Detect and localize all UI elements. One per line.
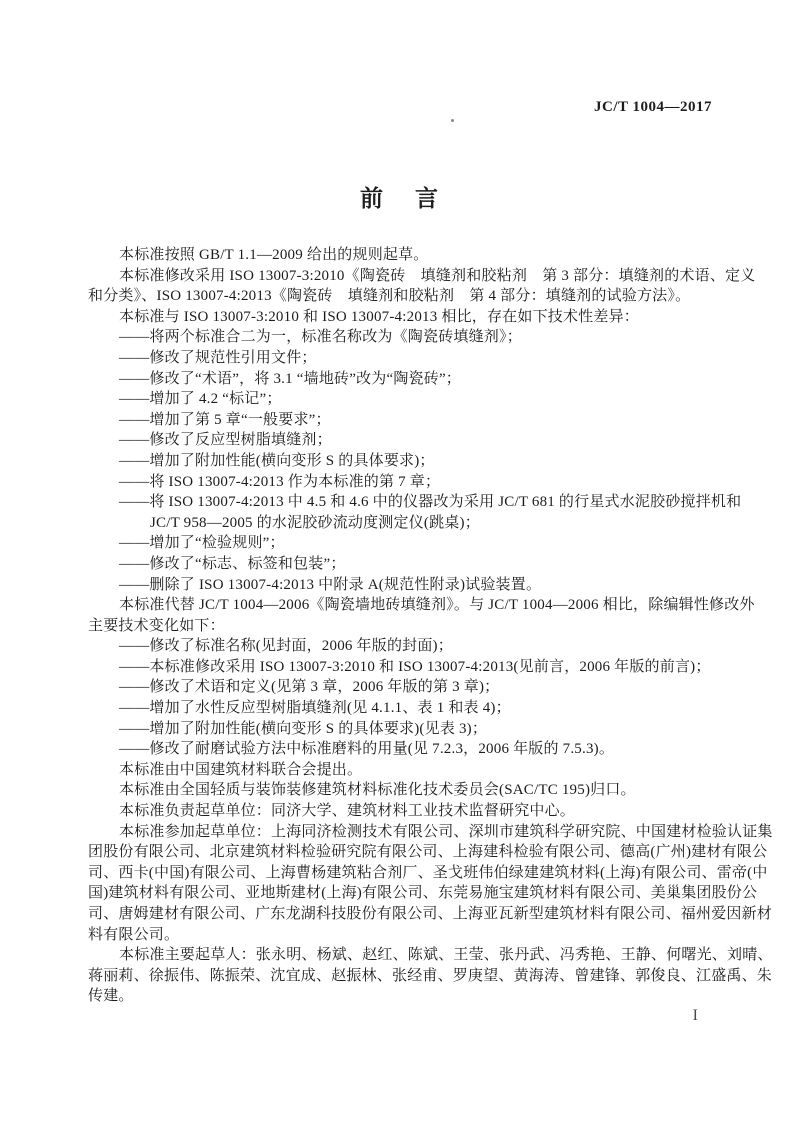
text-line: ——将 ISO 13007-4:2013 中 4.5 和 4.6 中的仪器改为采… (88, 492, 716, 513)
text-line: ——增加了附加性能(横向变形 S 的具体要求)； (88, 451, 716, 472)
text-line: 司、西卡(中国)有限公司、上海曹杨建筑粘合剂厂、圣戈班伟伯绿建建筑材料(上海)有… (88, 863, 716, 884)
text-line: 蒋丽莉、徐振伟、陈振荣、沈宜成、赵振林、张经甫、罗庚望、黄海涛、曾建锋、郭俊良、… (88, 966, 716, 987)
text-line: 本标准参加起草单位：上海同济检测技术有限公司、深圳市建筑科学研究院、中国建材检验… (88, 822, 716, 843)
text-line: ——将 ISO 13007-4:2013 作为本标准的第 7 章； (88, 472, 716, 493)
text-line: 国)建筑材料有限公司、亚地斯建材(上海)有限公司、东莞易施宝建筑材料有限公司、美… (88, 883, 716, 904)
text-line: 本标准按照 GB/T 1.1—2009 给出的规则起草。 (88, 245, 716, 266)
scan-speck-artifact (451, 119, 454, 122)
text-line: 料有限公司。 (88, 925, 716, 946)
document-page: JC/T 1004—2017 前言 本标准按照 GB/T 1.1—2009 给出… (0, 0, 798, 1122)
text-line: ——修改了反应型树脂填缝剂； (88, 430, 716, 451)
text-line: ——修改了“术语”，将 3.1 “墙地砖”改为“陶瓷砖”； (88, 369, 716, 390)
text-line: 主要技术变化如下： (88, 616, 716, 637)
text-line: 本标准与 ISO 13007-3:2010 和 ISO 13007-4:2013… (88, 307, 716, 328)
text-line: ——增加了附加性能(横向变形 S 的具体要求)(见表 3)； (88, 719, 716, 740)
text-line: 司、唐姆建材有限公司、广东龙湖科技股份有限公司、上海亚瓦新型建筑材料有限公司、福… (88, 904, 716, 925)
text-line: 本标准由中国建筑材料联合会提出。 (88, 760, 716, 781)
text-line: ——删除了 ISO 13007-4:2013 中附录 A(规范性附录)试验装置。 (88, 575, 716, 596)
text-line: 本标准主要起草人：张永明、杨斌、赵红、陈斌、王莹、张丹武、冯秀艳、王静、何曙光、… (88, 945, 716, 966)
text-line: ——增加了水性反应型树脂填缝剂(见 4.1.1、表 1 和表 4)； (88, 698, 716, 719)
text-line: JC/T 958—2005 的水泥胶砂流动度测定仪(跳桌)； (88, 513, 716, 534)
text-line: 团股份有限公司、北京建筑材料检验研究院有限公司、上海建科检验有限公司、德高(广州… (88, 842, 716, 863)
page-number: I (693, 1007, 698, 1025)
text-line: ——增加了第 5 章“一般要求”； (88, 410, 716, 431)
text-line: ——修改了标准名称(见封面，2006 年版的封面)； (88, 636, 716, 657)
text-line: ——修改了规范性引用文件； (88, 348, 716, 369)
page-title: 前言 (0, 180, 798, 213)
standard-number-header: JC/T 1004—2017 (594, 99, 712, 116)
text-line: 传建。 (88, 986, 716, 1007)
text-line: ——将两个标准合二为一，标准名称改为《陶瓷砖填缝剂》； (88, 327, 716, 348)
text-line: 和分类》、ISO 13007-4:2013《陶瓷砖 填缝剂和胶粘剂 第 4 部分… (88, 286, 716, 307)
text-line: ——本标准修改采用 ISO 13007-3:2010 和 ISO 13007-4… (88, 657, 716, 678)
text-line: ——增加了 4.2 “标记”； (88, 389, 716, 410)
text-line: ——修改了耐磨试验方法中标准磨料的用量(见 7.2.3，2006 年版的 7.5… (88, 739, 716, 760)
text-line: 本标准代替 JC/T 1004—2006《陶瓷墙地砖填缝剂》。与 JC/T 10… (88, 595, 716, 616)
text-line: ——修改了术语和定义(见第 3 章，2006 年版的第 3 章)； (88, 677, 716, 698)
body-text: 本标准按照 GB/T 1.1—2009 给出的规则起草。本标准修改采用 ISO … (88, 245, 716, 1007)
text-line: ——修改了“标志、标签和包装”； (88, 554, 716, 575)
text-line: 本标准修改采用 ISO 13007-3:2010《陶瓷砖 填缝剂和胶粘剂 第 3… (88, 266, 716, 287)
text-line: 本标准负责起草单位：同济大学、建筑材料工业技术监督研究中心。 (88, 801, 716, 822)
text-line: 本标准由全国轻质与装饰装修建筑材料标准化技术委员会(SAC/TC 195)归口。 (88, 780, 716, 801)
text-line: ——增加了“检验规则”； (88, 533, 716, 554)
